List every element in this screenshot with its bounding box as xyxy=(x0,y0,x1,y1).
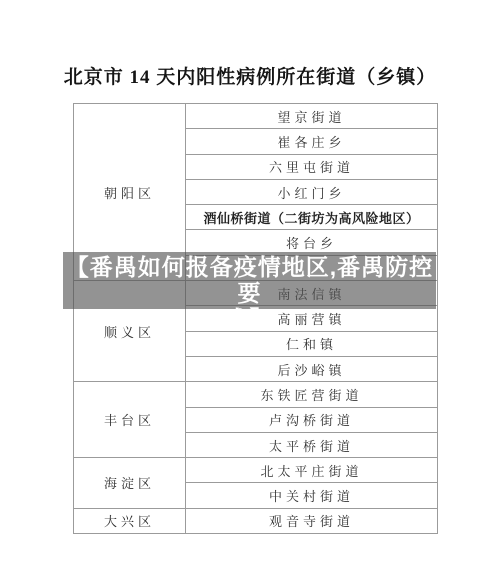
table-row: 海淀区 北太平庄街道 xyxy=(74,458,438,483)
table-row: 丰台区 东铁匠营街道 xyxy=(74,382,438,407)
street-cell: 小红门乡 xyxy=(186,179,438,204)
street-cell: 六里屯街道 xyxy=(186,154,438,179)
district-cell: 丰台区 xyxy=(74,382,186,458)
street-cell: 中关村街道 xyxy=(186,483,438,508)
street-cell: 太平桥街道 xyxy=(186,432,438,457)
street-cell: 东铁匠营街道 xyxy=(186,382,438,407)
street-cell: 仁和镇 xyxy=(186,331,438,356)
street-cell: 酒仙桥街道（二街坊为高风险地区） xyxy=(186,205,438,230)
street-cell: 后沙峪镇 xyxy=(186,356,438,381)
street-cell: 观音寺街道 xyxy=(186,508,438,533)
street-cell: 望京街道 xyxy=(186,104,438,129)
page-title: 北京市 14 天内阳性病例所在街道（乡镇） xyxy=(0,62,500,89)
table-row: 朝阳区 望京街道 xyxy=(74,104,438,129)
watermark-line-1: 【番禺如何报备疫情地区,番禺防控要 xyxy=(63,254,436,306)
page: 北京市 14 天内阳性病例所在街道（乡镇） 朝阳区 望京街道 崔各庄乡 六里屯街… xyxy=(0,0,500,564)
street-cell: 崔各庄乡 xyxy=(186,129,438,154)
table-row: 大兴区 观音寺街道 xyxy=(74,508,438,533)
street-cell: 北太平庄街道 xyxy=(186,458,438,483)
district-cell: 海淀区 xyxy=(74,458,186,509)
watermark-overlay: 【番禺如何报备疫情地区,番禺防控要 求】 xyxy=(63,252,436,309)
street-cell: 卢沟桥街道 xyxy=(186,407,438,432)
district-cell: 大兴区 xyxy=(74,508,186,533)
watermark-line-2: 求】 xyxy=(63,306,436,332)
